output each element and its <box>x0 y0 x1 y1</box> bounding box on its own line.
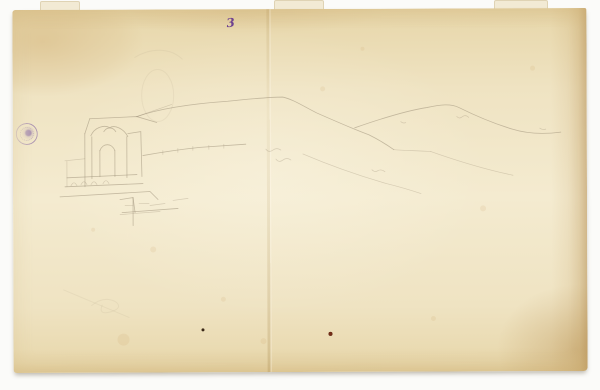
scan-background: 3 <box>0 0 600 390</box>
paper-sheet: 3 <box>12 8 587 373</box>
ink-spot-right <box>328 332 332 336</box>
building-sketch <box>60 104 246 226</box>
foxing-spots <box>91 46 537 346</box>
ghost-marks <box>63 50 184 318</box>
pencil-sketch <box>12 8 587 373</box>
ink-spot-left <box>201 328 204 331</box>
mountain-sketch <box>137 96 561 194</box>
